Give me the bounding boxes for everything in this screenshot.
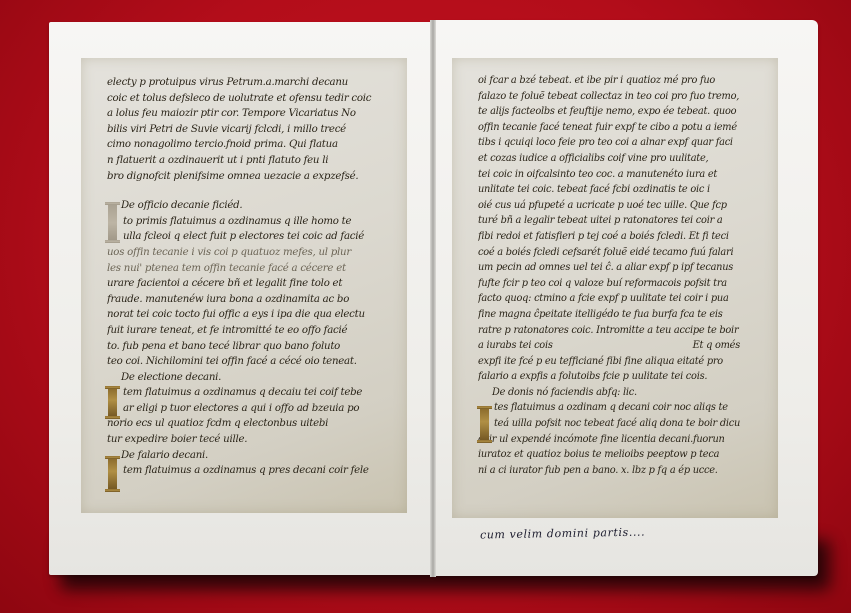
right-manuscript-folio: oi fcar a bzé tebeat. et ibe pir i quati… xyxy=(452,58,778,518)
manuscript-line: um pecin ad omnes uel tei ĉ. a aliar exp… xyxy=(478,260,760,276)
manuscript-line: fibi redoi et fatisfieri p tej coé a boi… xyxy=(478,229,760,245)
section-heading: De electione decani. xyxy=(107,370,389,386)
section-heading: De falario decani. xyxy=(107,448,389,464)
manuscript-line: unlitate tei coic. tebeat facé fcbi ozdi… xyxy=(478,182,760,198)
manuscript-line: electy p protuipus virus Petrum.a.marchi… xyxy=(107,75,389,91)
manuscript-line: iuratoz et quatioz boius te melioibs pee… xyxy=(478,447,760,463)
manuscript-line: tes flatuimus a ozdinam q decani coir no… xyxy=(478,400,760,416)
manuscript-line: expfi ite fcé p eu tefficiané fibi fine … xyxy=(478,354,760,370)
manuscript-line: bro dignofcit plenifsime omnea uezacie a… xyxy=(107,169,389,185)
manuscript-line: norat tei coic tocto fui offic a eys i i… xyxy=(107,307,389,323)
right-text-block: oi fcar a bzé tebeat. et ibe pir i quati… xyxy=(478,73,760,478)
left-manuscript-folio: electy p protuipus virus Petrum.a.marchi… xyxy=(81,58,407,513)
decorated-initial-i xyxy=(480,408,489,442)
manuscript-line-split: a iurabs tei cois Et q omés xyxy=(478,338,760,354)
manuscript-line: offin tecanie facé teneat fuir expf te c… xyxy=(478,120,760,136)
manuscript-line: les nui' ptenea tem offin tecanie facé a… xyxy=(107,261,389,277)
manuscript-line: norio ecs ul quatioz fcdm q electonbus u… xyxy=(107,416,389,432)
manuscript-line: ratre p ratonatores coic. Intromitte a t… xyxy=(478,323,760,339)
gutter-fold xyxy=(430,20,436,577)
manuscript-line-right: Et q omés xyxy=(693,338,760,354)
manuscript-line: fraude. manutenéw iura bona a ozdinamita… xyxy=(107,292,389,308)
manuscript-line: tei coic in oifcalsinto teo coc. a manut… xyxy=(478,167,760,183)
manuscript-line: coir ul expendé incómote fine licentia d… xyxy=(478,432,760,448)
left-text-block: electy p protuipus virus Petrum.a.marchi… xyxy=(107,75,389,479)
manuscript-line: ulla fcleoi q elect fuit p electores tei… xyxy=(107,229,389,245)
manuscript-line: tem flatuimus a ozdinamus q pres decani … xyxy=(107,463,389,479)
manuscript-line: n flatuerit a ozdinauerit ut i pnti flat… xyxy=(107,153,389,169)
manuscript-line: cimo nonagolimo tercio.fnoid prima. Qui … xyxy=(107,137,389,153)
manuscript-line: fine magna ĉpeitate itelligédo te fua bu… xyxy=(478,307,760,323)
manuscript-line: te alijs facteolbs et feuftije nemo, exp… xyxy=(478,104,760,120)
manuscript-line: ar eligi p tuor electores a qui i offo a… xyxy=(107,401,389,417)
manuscript-line: fufte fcir p teo coi q valoze buí reform… xyxy=(478,276,760,292)
manuscript-line: falario a expfis a folutoibs fcie p uuli… xyxy=(478,369,760,385)
manuscript-line: oié cus uá pfupeté a ucricate p uoé tec … xyxy=(478,198,760,214)
manuscript-line: tibs i qcuiqi loco feie pro teo coi a al… xyxy=(478,135,760,151)
line-gap xyxy=(107,184,389,198)
decorated-initial-i xyxy=(108,388,117,418)
manuscript-line-left: a iurabs tei cois xyxy=(478,340,553,351)
manuscript-line: ni a ci iurator fub pen a bano. x. lbz p… xyxy=(478,463,760,479)
section-heading: De donis nó faciendis abfq: lic. xyxy=(478,385,760,401)
manuscript-line: falazo te foluẽ tebeat collectaz in teo … xyxy=(478,89,760,105)
section-heading: De officio decanie ficiéd. xyxy=(107,198,389,214)
manuscript-line: teá uilla pofsit noc tebeat facé aliq do… xyxy=(478,416,760,432)
manuscript-line: tur expedire boier tecé uille. xyxy=(107,432,389,448)
decorated-initial-i xyxy=(108,204,117,242)
manuscript-line: to primis flatuimus a ozdinamus q ille h… xyxy=(107,214,389,230)
manuscript-line: uos offin tecanie i vis coi p quatuoz me… xyxy=(107,245,389,261)
manuscript-line: a lolus feu maiozir ptir cor. Tempore Vi… xyxy=(107,106,389,122)
manuscript-line: coic et tolus defsleco de uolutrate et o… xyxy=(107,91,389,107)
manuscript-line: oi fcar a bzé tebeat. et ibe pir i quati… xyxy=(478,73,760,89)
manuscript-line: fuit iurare teneat, et fe intromitté te … xyxy=(107,323,389,339)
manuscript-line: bilis viri Petri de Suvie vicarij fclcdi… xyxy=(107,122,389,138)
manuscript-line: urare facientoi a cécere bñ et legalit f… xyxy=(107,276,389,292)
manuscript-line: to. fub pena et bano tecé librar quo ban… xyxy=(107,339,389,355)
decorated-initial-i xyxy=(108,458,117,491)
manuscript-line: turé bñ a legalir tebeat uitei p ratonat… xyxy=(478,213,760,229)
manuscript-line: teo coi. Nichilomini tei offin facé a cé… xyxy=(107,354,389,370)
manuscript-line: facto quoq: ctmino a fcie expf p uulitat… xyxy=(478,291,760,307)
manuscript-line: coé a boiés fcledi cefsarét foluẽ eidé t… xyxy=(478,245,760,261)
manuscript-line: et cozas iudice a officialibs coif vine … xyxy=(478,151,760,167)
manuscript-line: tem flatuimus a ozdinamus q decaiu tei c… xyxy=(107,385,389,401)
